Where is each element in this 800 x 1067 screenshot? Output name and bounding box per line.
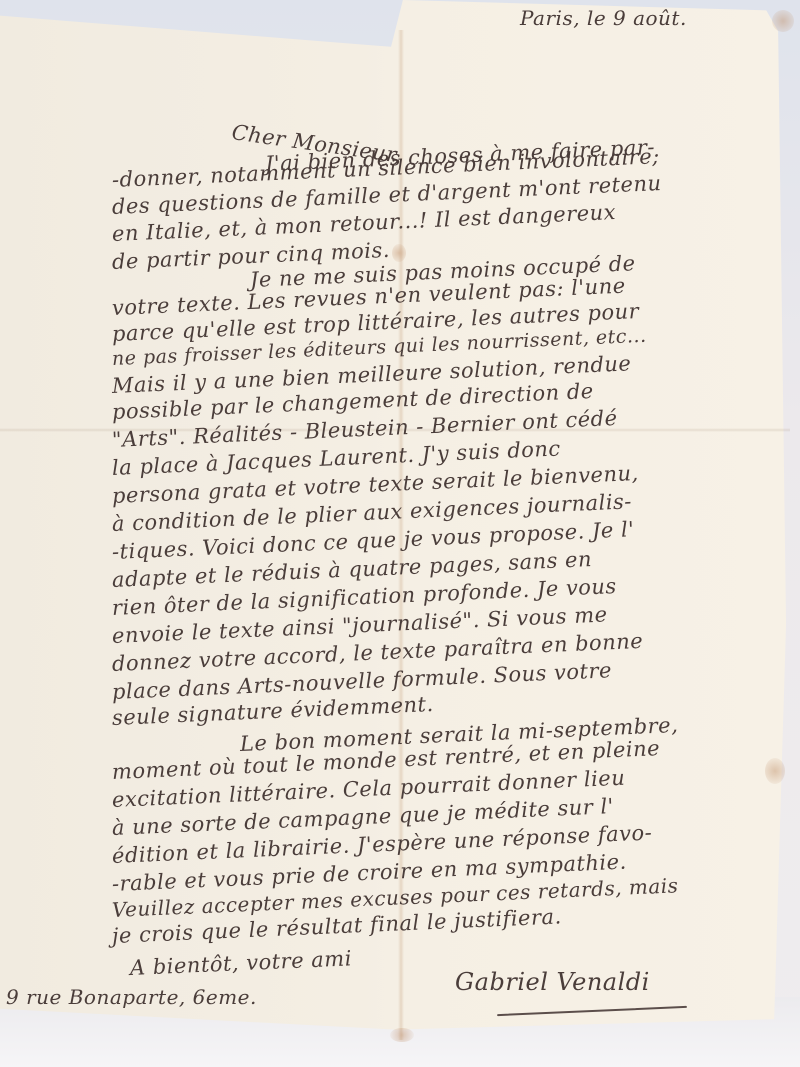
letter-dateline: Paris, le 9 août. [520, 6, 687, 30]
foxing-stain [392, 244, 406, 262]
letter-signature: Gabriel Venaldi [455, 968, 650, 996]
sender-address: 9 rue Bonaparte, 6eme. [6, 985, 257, 1009]
foxing-stain [390, 1028, 414, 1042]
foxing-stain [772, 10, 794, 32]
foxing-stain [765, 758, 785, 784]
